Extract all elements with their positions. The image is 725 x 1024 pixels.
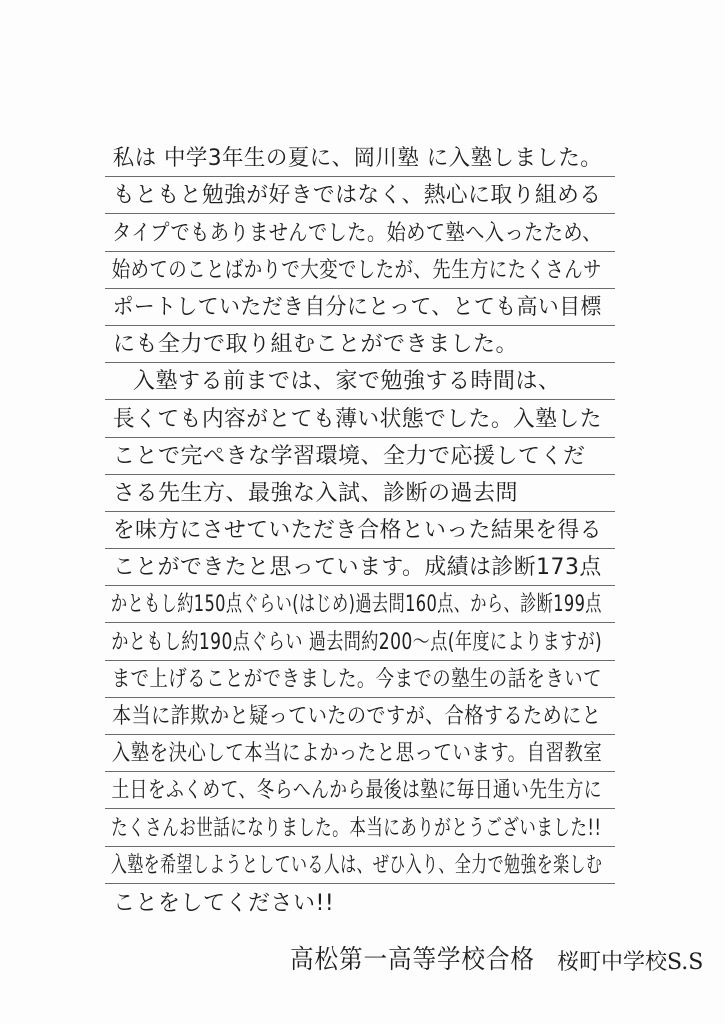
letter-text: ポートしていただき自分にとって、とても高い目標	[105, 294, 602, 325]
letter-line-16: 本当に詐欺かと疑っていたのですが、合格するためにと	[105, 698, 615, 735]
letter-line-12: ことができたと思っています。成績は診断173点	[105, 549, 615, 586]
letter-text: まで上げることができました。今までの塾生の話をきいて	[105, 666, 602, 697]
letter-text: 始めてのことばかりで大変でしたが、先生方にたくさんサ	[105, 257, 602, 288]
letter-text: 入塾を希望しようとしている人は、ぜひ入り、全力で勉強を楽しむ	[105, 852, 602, 883]
letter-line-4: 始めてのことばかりで大変でしたが、先生方にたくさんサ	[105, 252, 615, 289]
letter-line-8: 長くても内容がとても薄い状態でした。入塾した	[105, 400, 615, 437]
letter-line-18: 土日をふくめて、冬らへんから最後は塾に毎日通い先生方に	[105, 772, 615, 809]
letter-text: にも全力で取り組むことができました。	[105, 331, 518, 362]
letter-text: かともし約190点ぐらい 過去問約200〜点(年度によりますが)	[105, 629, 602, 660]
letter-line-1: 私は 中学3年生の夏に、岡川塾 に入塾しました。	[105, 140, 615, 177]
letter-line-7: 入塾する前までは、家で勉強する時間は、	[105, 363, 615, 400]
handwritten-letter-page: 私は 中学3年生の夏に、岡川塾 に入塾しました。 もともと勉強が好きではなく、熱…	[0, 0, 725, 1024]
letter-text: 入塾を決心して本当によかったと思っています。自習教室	[105, 740, 602, 771]
letter-text: 土日をふくめて、冬らへんから最後は塾に毎日通い先生方に	[105, 777, 602, 808]
letter-line-19: たくさんお世話になりました。本当にありがとうございました!!	[105, 809, 615, 846]
letter-text: 長くても内容がとても薄い状態でした。入塾した	[105, 406, 602, 437]
letter-text: 入塾する前までは、家で勉強する時間は、	[105, 368, 561, 399]
signature-block: 高松第一高等学校合格 桜町中学校S.S	[290, 928, 725, 976]
letter-line-20: 入塾を希望しようとしている人は、ぜひ入り、全力で勉強を楽しむ	[105, 847, 615, 884]
letter-text: 本当に詐欺かと疑っていたのですが、合格するためにと	[105, 703, 601, 734]
letter-line-11: を味方にさせていただき合格といった結果を得る	[105, 512, 615, 549]
letter-line-3: タイプでもありませんでした。始めて塾へ入ったため、	[105, 214, 615, 251]
letter-text: もともと勉強が好きではなく、熱心に取り組める	[105, 182, 602, 213]
letter-text: ことができたと思っています。成績は診断173点	[105, 554, 602, 585]
letter-text: かともし約150点ぐらい(はじめ)過去問160点、から、診断199点	[105, 591, 602, 622]
letter-line-6: にも全力で取り組むことができました。	[105, 326, 615, 363]
letter-text: さる先生方、最強な入試、診断の過去問	[105, 480, 518, 511]
letter-text: ことをしてください!!	[105, 890, 334, 921]
letter-line-14: かともし約190点ぐらい 過去問約200〜点(年度によりますが)	[105, 623, 615, 660]
letter-body: 私は 中学3年生の夏に、岡川塾 に入塾しました。 もともと勉強が好きではなく、熱…	[105, 140, 615, 921]
author-name: 桜町中学校S.S	[557, 945, 703, 976]
letter-line-5: ポートしていただき自分にとって、とても高い目標	[105, 289, 615, 326]
letter-line-17: 入塾を決心して本当によかったと思っています。自習教室	[105, 735, 615, 772]
letter-text: ことで完ぺきな学習環境、全力で応援してくだ	[105, 443, 586, 474]
school-result-text: 高松第一高等学校合格	[290, 939, 512, 976]
letter-text: たくさんお世話になりました。本当にありがとうございました!!	[105, 815, 601, 846]
letter-line-15: まで上げることができました。今までの塾生の話をきいて	[105, 661, 615, 698]
letter-line-9: ことで完ぺきな学習環境、全力で応援してくだ	[105, 438, 615, 475]
letter-text: を味方にさせていただき合格といった結果を得る	[105, 517, 602, 548]
letter-line-21: ことをしてください!!	[105, 884, 615, 921]
letter-text: タイプでもありませんでした。始めて塾へ入ったため、	[105, 220, 602, 251]
letter-line-10: さる先生方、最強な入試、診断の過去問	[105, 475, 615, 512]
letter-text: 私は 中学3年生の夏に、岡川塾 に入塾しました。	[105, 145, 602, 176]
letter-line-13: かともし約150点ぐらい(はじめ)過去問160点、から、診断199点	[105, 586, 615, 623]
letter-line-2: もともと勉強が好きではなく、熱心に取り組める	[105, 177, 615, 214]
